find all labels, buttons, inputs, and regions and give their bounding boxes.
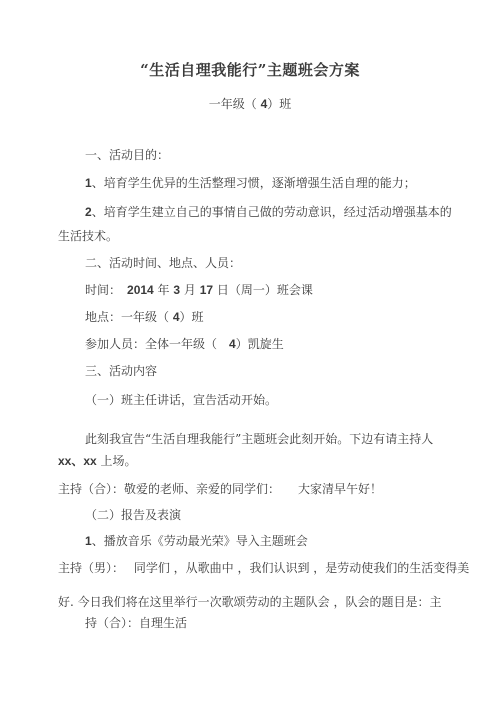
announcement-line1: 此刻我宣告“生活自理我能行”主题班会此刻开始。下边有请主持人 bbox=[58, 433, 442, 446]
section-heading-purpose: 一、活动目的： bbox=[58, 149, 442, 162]
doc-subtitle: 一年级（ 4）班 bbox=[58, 98, 442, 111]
place-line: 地点：一年级（ 4）班 bbox=[58, 311, 442, 324]
time-label: 时间： bbox=[85, 283, 127, 297]
place-text: ）班 bbox=[180, 310, 204, 324]
host-both-greeting: 主持（合）：敬爱的老师、亲爱的同学们： 大家清早午好！ bbox=[58, 483, 442, 496]
subsection-1: （一）班主任讲话，宣告活动开始。 bbox=[58, 394, 442, 407]
people-text: 参加人员：全体一年级（ bbox=[85, 337, 229, 351]
section-heading-content: 三、活动内容 bbox=[58, 365, 442, 378]
list-number: 1 bbox=[85, 534, 92, 548]
people-line: 参加人员：全体一年级（ 4）凯旋生 bbox=[58, 338, 442, 351]
host-both-line: 持（合）：自理生活 bbox=[58, 617, 442, 630]
document-page: “生活自理我能行”主题班会方案 一年级（ 4）班 一、活动目的： 1、培育学生优… bbox=[0, 0, 500, 708]
goal-text: 、培育学生优异的生活整理习惯，逐渐增强生活自理的能力； bbox=[92, 176, 416, 190]
day-number: 17 bbox=[200, 283, 213, 297]
time-line: 时间： 2014 年 3 月 17 日（周一）班会课 bbox=[58, 284, 442, 297]
time-text: 日（周一）班会课 bbox=[213, 283, 313, 297]
goal-text: 、培育学生建立自己的事情自己做的劳动意识，经过活动增强基本的 bbox=[92, 205, 452, 219]
class-number: 4 bbox=[229, 337, 236, 351]
announcement-line2: xx、xx 上场。 bbox=[58, 455, 442, 468]
list-number: 2 bbox=[85, 205, 92, 219]
subtitle-text: 一年级（ bbox=[209, 97, 261, 111]
announcement-text: 上场。 bbox=[97, 454, 137, 468]
goal-item-2-line2: 生活技术。 bbox=[58, 230, 442, 243]
time-text: 月 bbox=[180, 283, 200, 297]
subtitle-text: ）班 bbox=[267, 97, 291, 111]
section-heading-time-place-people: 二、活动时间、地点、人员： bbox=[58, 257, 442, 270]
host-male-line1: 主持（男）： 同学们 ，从歌曲中 ，我们认识到 ，是劳动使我们的生活变得美 bbox=[58, 562, 442, 575]
music-text: 、播放音乐《劳动最光荣》导入主题班会 bbox=[92, 534, 308, 548]
doc-title: “生活自理我能行”主题班会方案 bbox=[58, 60, 442, 80]
host-male-line2: 好. 今日我们将在这里举行一次歌颂劳动的主题队会 ，队会的题目是：主 bbox=[58, 596, 442, 609]
goal-item-2-line1: 2、培育学生建立自己的事情自己做的劳动意识，经过活动增强基本的 bbox=[58, 206, 442, 219]
people-text: ）凯旋生 bbox=[236, 337, 284, 351]
place-text: 地点：一年级（ bbox=[85, 310, 173, 324]
goal-item-1: 1、培育学生优异的生活整理习惯，逐渐增强生活自理的能力； bbox=[58, 177, 442, 190]
list-number: 1 bbox=[85, 176, 92, 190]
year-number: 2014 bbox=[127, 283, 154, 297]
subsection-2: （二）报告及表演 bbox=[58, 509, 442, 522]
music-item: 1、播放音乐《劳动最光荣》导入主题班会 bbox=[58, 535, 442, 548]
host-names-placeholder: xx、xx bbox=[58, 454, 97, 468]
class-number: 4 bbox=[173, 310, 180, 324]
time-text: 年 bbox=[154, 283, 174, 297]
